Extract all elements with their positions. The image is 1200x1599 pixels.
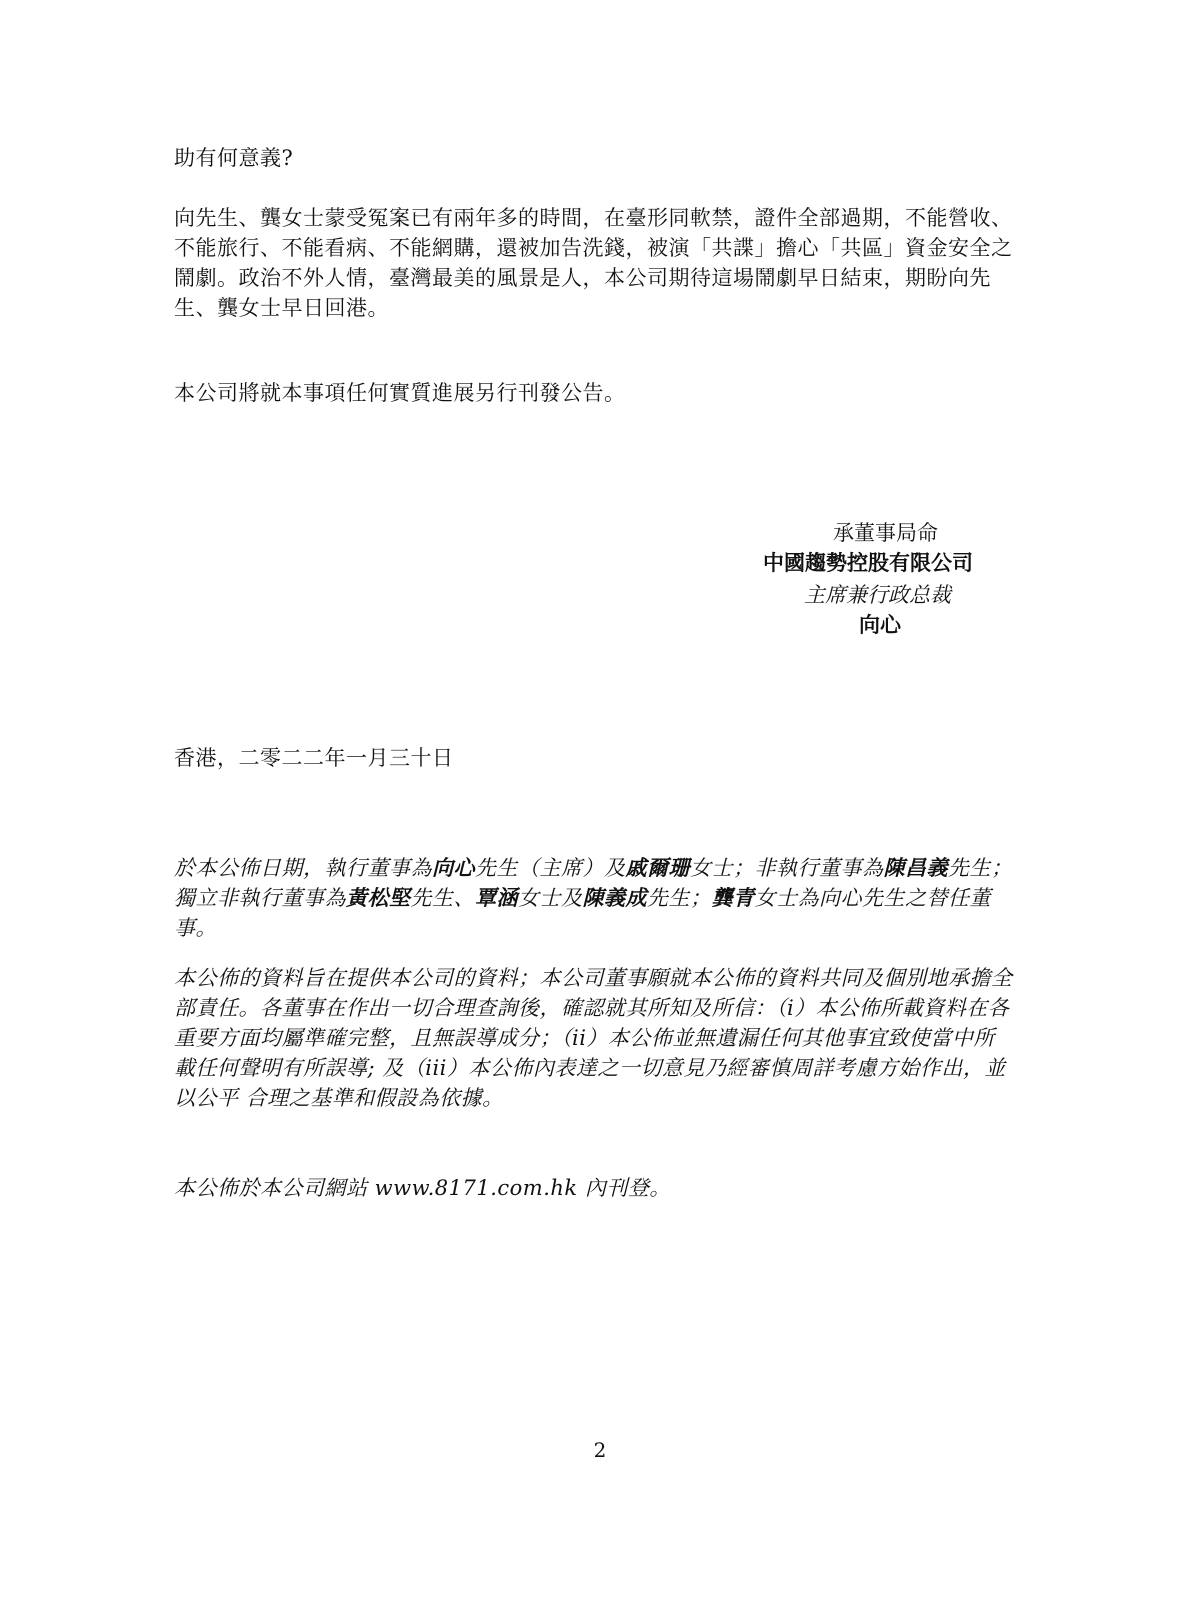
director-name: 戚爾珊 [626, 855, 691, 880]
body-paragraph-1: 向先生、龔女士蒙受冤案已有兩年多的時間，在臺形同軟禁，證件全部過期，不能營收、不… [174, 203, 1014, 323]
directors-text: 女士；非執行董事為 [690, 856, 884, 880]
signature-name: 向心 [859, 610, 901, 640]
directors-paragraph: 於本公佈日期，執行董事為向心先生（主席）及戚爾珊女士；非執行董事為陳昌義先生；獨… [174, 853, 1014, 943]
page-number: 2 [0, 1438, 1200, 1462]
directors-text: 先生； [647, 886, 712, 910]
responsibility-statement: 本公佈的資料旨在提供本公司的資料；本公司董事願就本公佈的資料共同及個別地承擔全部… [174, 963, 1014, 1113]
directors-text: 女士及 [518, 886, 583, 910]
director-name: 龔青 [712, 885, 755, 910]
body-paragraph-2: 本公司將就本事項任何實質進展另行刊發公告。 [174, 378, 1014, 408]
director-name: 黃松堅 [346, 885, 411, 910]
body-line-top: 助有何意義? [174, 143, 1014, 173]
directors-text: 於本公佈日期，執行董事為 [174, 856, 432, 880]
signature-company: 中國趨勢控股有限公司 [763, 548, 973, 578]
website-line: 本公佈於本公司網站 www.8171.com.hk 內刊登。 [174, 1173, 1014, 1203]
director-name: 覃涵 [475, 885, 518, 910]
director-name: 陳義成 [583, 885, 648, 910]
director-name: 陳昌義 [884, 855, 949, 880]
signature-line1: 承董事局命 [833, 518, 938, 548]
directors-text: 先生、 [411, 886, 476, 910]
date-line: 香港，二零二二年一月三十日 [174, 743, 1014, 773]
signature-title: 主席兼行政总裁 [804, 580, 951, 610]
director-name: 向心 [432, 855, 475, 880]
directors-text: 先生（主席）及 [475, 856, 626, 880]
